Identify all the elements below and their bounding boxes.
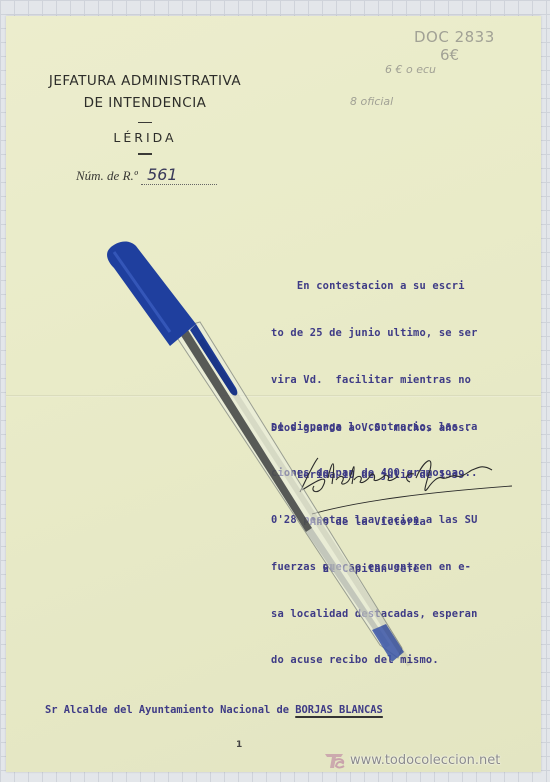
body-line: sa localidad destacadas, esperan bbox=[271, 607, 478, 623]
watermark: www.todocoleccion.net bbox=[322, 748, 500, 772]
todocoleccion-logo-icon bbox=[322, 748, 346, 772]
recipient-prefix: Sr Alcalde del Ayuntamiento Nacional de bbox=[45, 704, 295, 716]
letterhead-city: LÉRIDA bbox=[40, 129, 250, 147]
closing-line: El Capitan Jefe bbox=[271, 562, 471, 578]
letterhead-divider bbox=[138, 122, 152, 123]
recipient-town: BORJAS BLANCAS bbox=[295, 704, 383, 716]
handwritten-signature bbox=[292, 450, 522, 520]
letterhead-line2: DE INTENDENCIA bbox=[40, 92, 250, 114]
pencil-note-2: 8 oficial bbox=[350, 95, 393, 108]
letterhead-line1: JEFATURA ADMINISTRATIVA bbox=[40, 70, 250, 92]
pencil-code: 6€ bbox=[440, 46, 459, 64]
pencil-note-1: 6 € o ecu bbox=[385, 63, 436, 76]
closing-line: Dios guarde a V.S. muchos años. bbox=[271, 421, 471, 437]
registry-value: 561 bbox=[141, 165, 217, 185]
body-line: vira Vd. facilitar mientras no bbox=[271, 373, 478, 389]
page-mark: 1 bbox=[236, 740, 242, 750]
body-line: to de 25 de junio ultimo, se ser bbox=[271, 326, 478, 342]
letterhead-divider-2 bbox=[138, 153, 152, 155]
recipient-line: Sr Alcalde del Ayuntamiento Nacional de … bbox=[45, 704, 383, 716]
body-line: En contestacion a su escri bbox=[271, 279, 478, 295]
registry-label: Núm. de R.º bbox=[76, 168, 138, 183]
pencil-doc-ref: DOC 2833 bbox=[414, 28, 495, 46]
body-line: do acuse recibo del mismo. bbox=[271, 653, 478, 669]
watermark-text: www.todocoleccion.net bbox=[350, 753, 500, 768]
letterhead: JEFATURA ADMINISTRATIVA DE INTENDENCIA L… bbox=[40, 70, 250, 155]
registry-number: Núm. de R.º 561 bbox=[76, 165, 217, 185]
